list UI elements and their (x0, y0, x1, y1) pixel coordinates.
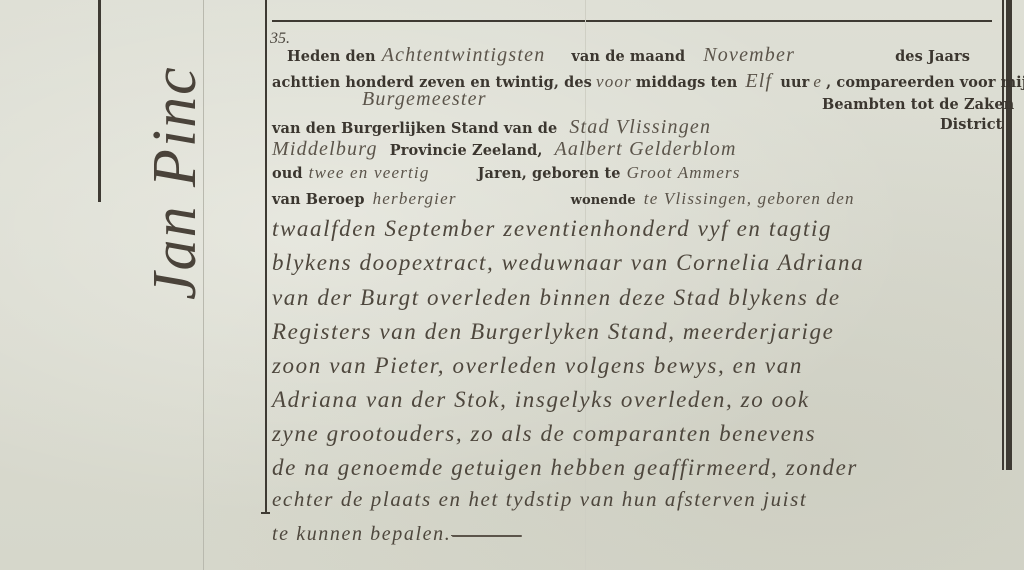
printed-text: van Beroep (272, 191, 365, 208)
handwritten-suffix: e (813, 72, 822, 91)
closing-flourish (452, 535, 522, 537)
handwritten-line-3: van der Burgt overleden binnen deze Stad… (272, 285, 841, 311)
handwritten-line-1: twaalfden September zeventienhonderd vyf… (272, 216, 832, 242)
handwritten-birthplace: Groot Ammers (627, 163, 741, 182)
handwritten-line-7: zyne grootouders, zo als de comparanten … (272, 421, 816, 447)
form-line-5: Middelburg Provincie Zeeland, Aalbert Ge… (272, 138, 737, 161)
handwritten-line-5: zoon van Pieter, overleden volgens bewys… (272, 353, 803, 379)
entry-left-rule-foot (261, 512, 270, 514)
printed-text: uur (780, 74, 809, 91)
handwritten-occupation: herbergier (373, 189, 457, 208)
handwritten-city: Stad Vlissingen (569, 116, 711, 138)
handwritten-hour: Elf (745, 70, 772, 92)
handwritten-line-9: echter de plaats en het tydstip van hun … (272, 487, 807, 512)
printed-text: oud (272, 165, 303, 182)
printed-text: District (940, 116, 1002, 133)
printed-text: middags ten (636, 74, 737, 91)
printed-text: van den Burgerlijken Stand van de (272, 120, 557, 137)
printed-text: Jaren, geboren te (478, 165, 621, 182)
margin-name: Jan Pinc (140, 65, 211, 300)
form-line-3: Burgemeester (362, 88, 487, 111)
handwritten-line-6: Adriana van der Stok, insgelyks overlede… (272, 387, 810, 413)
handwritten-groom-name: Aalbert Gelderblom (554, 138, 736, 160)
form-line-4: van den Burgerlijken Stand van de Stad V… (272, 116, 711, 139)
form-line-1: Heden den Achtentwintigsten van de maand… (287, 44, 970, 67)
printed-text: van de maand (571, 48, 685, 65)
handwritten-residence: te Vlissingen, geboren den (644, 189, 855, 208)
printed-text: Provincie Zeeland, (390, 142, 543, 159)
entry-left-rule (265, 0, 267, 514)
handwritten-line-2: blykens doopextract, weduwnaar van Corne… (272, 250, 864, 276)
handwritten-day: Achtentwintigsten (382, 44, 546, 66)
handwritten-month: November (703, 44, 795, 66)
form-line-4-right: District (940, 116, 1002, 134)
handwritten-title: Burgemeester (362, 88, 487, 110)
entry-top-rule (272, 20, 992, 22)
printed-text: Beambten tot de Zaken (822, 96, 1014, 113)
printed-text: , compareerden voor mij (826, 74, 1024, 91)
form-line-7: van Beroep herbergier wonende te Vlissin… (272, 189, 855, 209)
form-line-3-right: Beambten tot de Zaken (822, 96, 1014, 114)
handwritten-line-4: Registers van den Burgerlyken Stand, mee… (272, 319, 834, 345)
handwritten-voor: voor (596, 72, 632, 91)
form-line-6: oud twee en veertig Jaren, geboren te Gr… (272, 163, 741, 183)
handwritten-line-8: de na genoemde getuigen hebben geaffirme… (272, 455, 858, 481)
handwritten-district: Middelburg (272, 138, 378, 160)
printed-text: des Jaars (895, 48, 970, 65)
printed-text: Heden den (287, 48, 376, 65)
handwritten-line-10: te kunnen bepalen.— (272, 523, 471, 546)
printed-text: wonende (571, 193, 636, 208)
document-page: Jan Pinc 35. Heden den Achtentwintigsten… (0, 0, 1024, 570)
handwritten-age: twee en veertig (309, 163, 430, 182)
left-column-rule (98, 0, 101, 202)
